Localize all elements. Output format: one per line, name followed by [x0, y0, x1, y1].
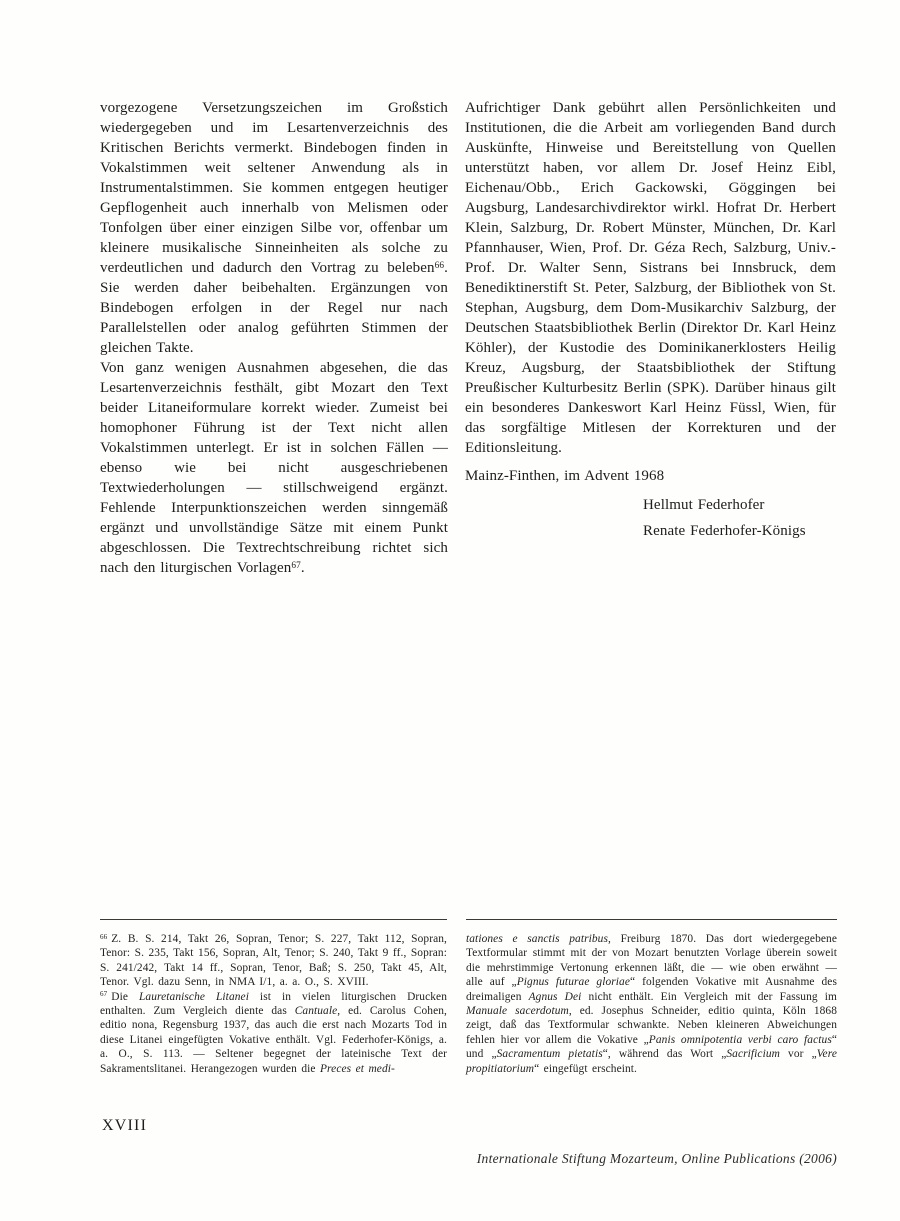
dateline: Mainz-Finthen, im Advent 1968	[465, 466, 836, 486]
footnote-separator-rule	[466, 919, 837, 920]
body-paragraph: Aufrichtiger Dank gebührt allen Persönli…	[465, 98, 836, 458]
body-paragraph: Von ganz wenigen Ausnahmen abgesehen, di…	[100, 358, 448, 578]
signature-block: Hellmut Federhofer Renate Federhofer-Kön…	[465, 492, 836, 544]
footer-credit: Internationale Stiftung Mozarteum, Onlin…	[477, 1151, 837, 1167]
footnote-marker: 66	[100, 933, 107, 941]
left-column: vorgezogene Versetzungszeichen im Großst…	[100, 98, 448, 578]
signature-name: Hellmut Federhofer	[643, 492, 836, 518]
body-paragraph: vorgezogene Versetzungszeichen im Großst…	[100, 98, 448, 358]
page-number: XVIII	[102, 1117, 147, 1135]
signature-name: Renate Federhofer-Königs	[643, 518, 836, 544]
footnote-column-left: 66Z. B. S. 214, Takt 26, Sopran, Tenor; …	[100, 919, 447, 1076]
footnote: 66Z. B. S. 214, Takt 26, Sopran, Tenor; …	[100, 932, 447, 990]
footnote-continuation: tationes e sanctis patribus, Freiburg 18…	[466, 932, 837, 1076]
footnote-text: Die Lauretanische Litanei ist in vielen …	[100, 991, 447, 1075]
right-column: Aufrichtiger Dank gebührt allen Persönli…	[465, 98, 836, 544]
scanned-book-page: vorgezogene Versetzungszeichen im Großst…	[0, 0, 900, 1221]
footnote-separator-rule	[100, 919, 447, 920]
footnote-column-right: tationes e sanctis patribus, Freiburg 18…	[466, 919, 837, 1076]
footnote: 67Die Lauretanische Litanei ist in viele…	[100, 990, 447, 1076]
footnote-text: Z. B. S. 214, Takt 26, Sopran, Tenor; S.…	[100, 933, 447, 988]
footnote-marker: 67	[100, 990, 107, 998]
